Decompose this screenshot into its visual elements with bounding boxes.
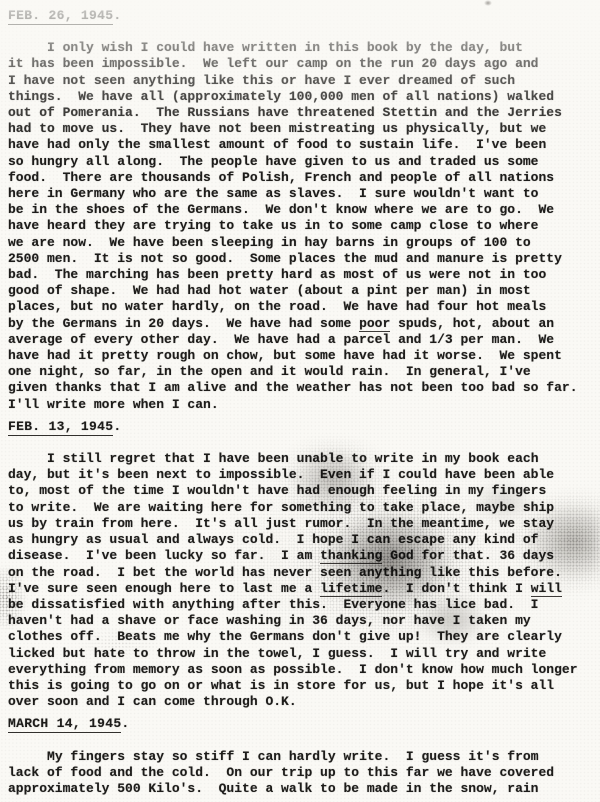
- diary-entry-march-14: MARCH 14, 1945. My fingers stay so stiff…: [8, 716, 596, 797]
- entry-date-heading: FEB. 13, 1945.: [8, 419, 596, 435]
- diary-scan-page: FEB. 26, 1945. I only wish I could have …: [0, 0, 600, 802]
- entry-date: FEB. 26, 1945: [8, 8, 113, 25]
- top-edge-speck: [484, 0, 492, 6]
- entry-date: FEB. 13, 1945: [8, 419, 113, 436]
- diary-entry-feb-26: FEB. 26, 1945. I only wish I could have …: [8, 8, 596, 413]
- entry-paragraph: I still regret that I have been unable t…: [8, 451, 596, 710]
- entry-date-heading: MARCH 14, 1945.: [8, 716, 596, 732]
- entry-date-period: .: [121, 716, 129, 731]
- entry-paragraph: I only wish I could have written in this…: [8, 40, 596, 413]
- entry-date-period: .: [113, 8, 121, 23]
- entry-paragraph: My fingers stay so stiff I can hardly wr…: [8, 749, 596, 798]
- page-content: FEB. 26, 1945. I only wish I could have …: [8, 8, 596, 797]
- entry-date: MARCH 14, 1945: [8, 716, 121, 733]
- diary-entry-feb-13: FEB. 13, 1945. I still regret that I hav…: [8, 419, 596, 710]
- entry-date-period: .: [113, 419, 121, 434]
- entry-date-heading: FEB. 26, 1945.: [8, 8, 596, 24]
